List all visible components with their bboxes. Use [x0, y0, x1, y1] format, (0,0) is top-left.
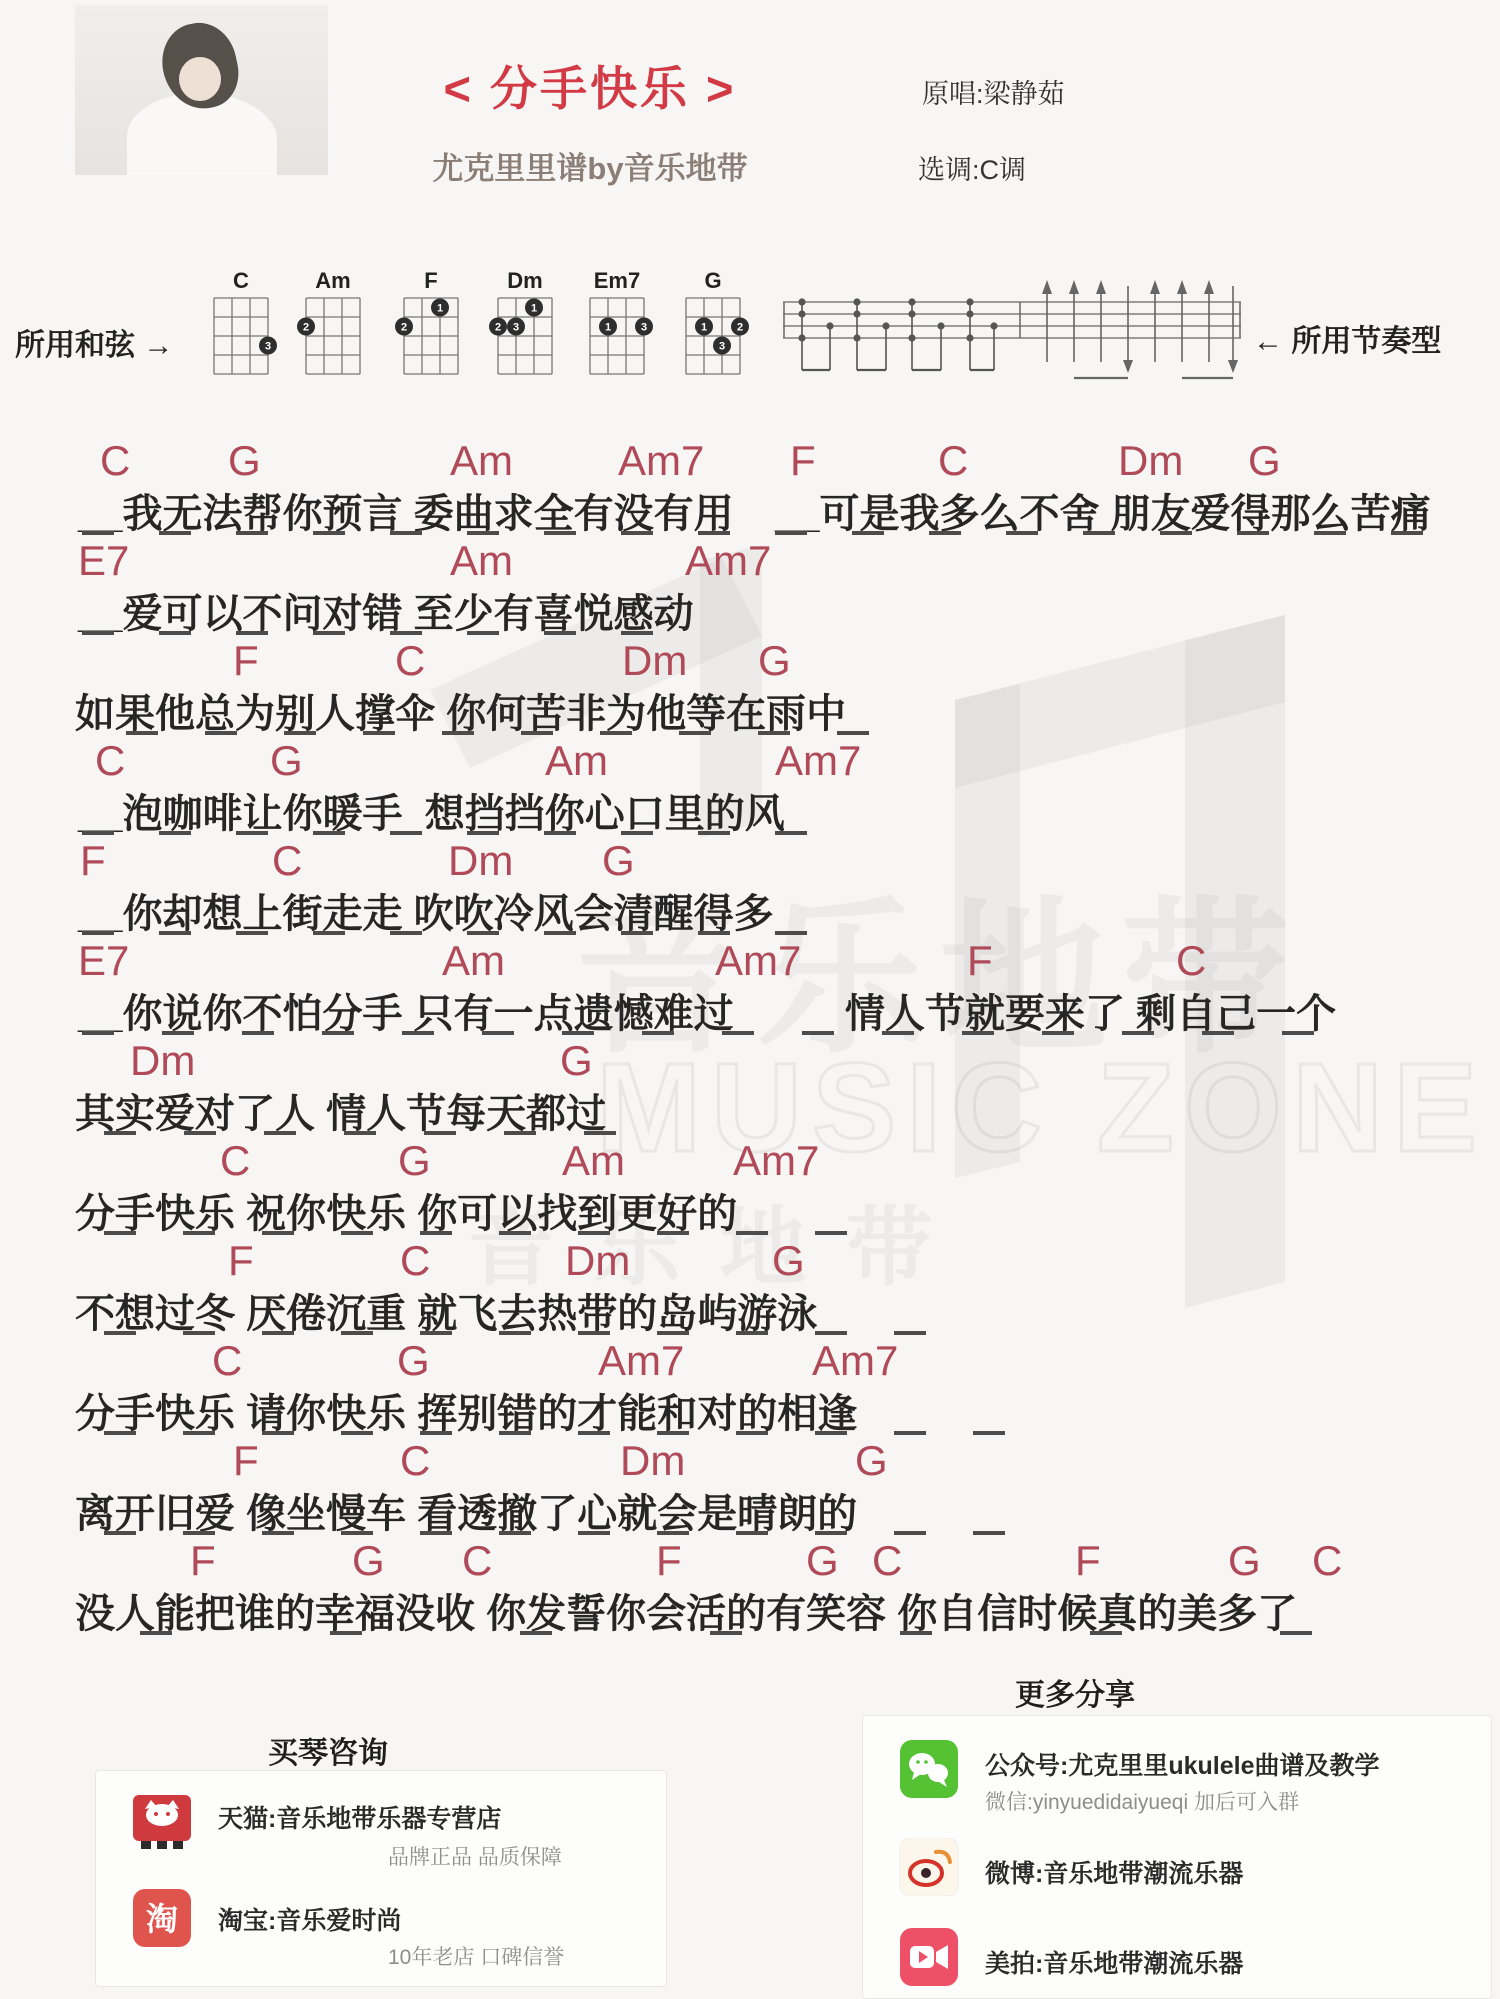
beat-underline: [1391, 531, 1423, 535]
beat-underline: [621, 631, 653, 635]
beat-underline: [736, 1231, 768, 1235]
beat-underline: [600, 731, 632, 735]
beat-underline: [815, 1431, 847, 1435]
beat-underline: [1314, 531, 1346, 535]
chord-mark-line12: G: [806, 1537, 839, 1585]
chord-sheet-page: 音乐地带 MUSIC ZONE 音乐地带 < 分手快乐 > 尤克里里谱by音乐地…: [0, 0, 1500, 1999]
svg-text:1: 1: [605, 322, 611, 334]
beat-underline: [815, 1231, 847, 1235]
beat-underline: [82, 1031, 114, 1035]
chord-mark-line8: Am7: [733, 1137, 819, 1185]
beat-underline: [802, 1031, 834, 1035]
chord-mark-line8: Am: [562, 1137, 625, 1185]
beat-underline: [344, 1131, 376, 1135]
beat-underline: [775, 831, 807, 835]
svg-text:3: 3: [265, 341, 271, 353]
footer-item-main: 淘宝:音乐爱时尚: [218, 1901, 401, 1937]
beat-underline: [363, 731, 395, 735]
beat-underline: [584, 1131, 616, 1135]
beat-underline: [775, 531, 807, 535]
chord-mark-line1: Am: [450, 437, 513, 485]
footer-item-sub: 10年老店 口碑信誉: [388, 1941, 564, 1971]
svg-text:1: 1: [437, 303, 443, 315]
lyric-line6: 情人节就要来了 剩自己一个: [845, 982, 1336, 1039]
chord-mark-line5: C: [272, 837, 302, 885]
chord-mark-line4: G: [270, 737, 303, 785]
svg-text:1: 1: [701, 322, 707, 334]
beat-underline: [544, 831, 576, 835]
beat-underline: [578, 1431, 610, 1435]
chord-mark-line8: G: [398, 1137, 431, 1185]
beat-underline: [236, 631, 268, 635]
beat-underline: [1122, 1031, 1154, 1035]
beat-underline: [82, 631, 114, 635]
beat-underline: [322, 1031, 354, 1035]
beat-underline: [482, 1031, 514, 1035]
buy-consult-box: 天猫:音乐地带乐器专营店品牌正品 品质保障淘淘宝:音乐爱时尚10年老店 口碑信誉: [95, 1770, 667, 1987]
beat-underline: [544, 931, 576, 935]
chord-mark-line9: G: [772, 1237, 805, 1285]
beat-underline: [184, 1131, 216, 1135]
beat-underline: [424, 1131, 456, 1135]
svg-text:1: 1: [531, 303, 537, 315]
svg-text:2: 2: [303, 322, 309, 334]
artist-photo: [75, 5, 328, 175]
beat-underline: [264, 1131, 296, 1135]
chord-mark-line9: F: [228, 1237, 254, 1285]
beat-underline: [962, 1031, 994, 1035]
beat-underline: [104, 1131, 136, 1135]
footer-item-main: 微博:音乐地带潮流乐器: [985, 1854, 1243, 1890]
original-singer: 原唱:梁静茹: [922, 72, 1065, 111]
beat-underline: [894, 1431, 926, 1435]
beat-underline: [159, 531, 191, 535]
taobao-icon: 淘: [131, 1889, 193, 1947]
chord-diagram-label: G: [674, 266, 752, 296]
beat-underline: [578, 1531, 610, 1535]
beat-underline: [313, 531, 345, 535]
beat-underline: [183, 1231, 215, 1235]
beat-underline: [420, 1231, 452, 1235]
chord-mark-line5: G: [602, 837, 635, 885]
more-share-box: 公众号:尤克里里ukulele曲谱及教学微信:yinyuedidaiyueqi …: [862, 1715, 1492, 1999]
beat-underline: [894, 1531, 926, 1535]
chord-mark-line11: F: [233, 1437, 259, 1485]
chord-mark-line6: C: [1176, 937, 1206, 985]
beat-underline: [284, 731, 316, 735]
chord-mark-line7: Dm: [130, 1037, 195, 1085]
chord-mark-line1: C: [100, 437, 130, 485]
beat-underline: [82, 831, 114, 835]
beat-underline: [159, 831, 191, 835]
chord-mark-line12: C: [872, 1537, 902, 1585]
beat-underline: [679, 731, 711, 735]
beat-underline: [882, 1031, 914, 1035]
beat-underline: [657, 1231, 689, 1235]
chord-mark-line4: Am7: [775, 737, 861, 785]
chord-mark-line1: G: [1248, 437, 1281, 485]
chord-mark-line6: Am7: [715, 937, 801, 985]
beat-underline: [499, 1331, 531, 1335]
more-share-title: 更多分享: [1015, 1670, 1135, 1714]
footer-item-main: 天猫:音乐地带乐器专营店: [218, 1799, 501, 1835]
beat-underline: [162, 1031, 194, 1035]
chord-mark-line11: G: [855, 1437, 888, 1485]
beat-underline: [722, 1031, 754, 1035]
beat-underline: [341, 1431, 373, 1435]
chord-diagram-Dm: Dm123: [486, 266, 564, 382]
beat-underline: [1282, 1031, 1314, 1035]
beat-underline: [736, 1431, 768, 1435]
beat-underline: [657, 1531, 689, 1535]
beat-underline: [929, 531, 961, 535]
beat-underline: [837, 731, 869, 735]
beat-underline: [1202, 1031, 1234, 1035]
chord-mark-line10: G: [397, 1337, 430, 1385]
chord-mark-line10: Am7: [812, 1337, 898, 1385]
beat-underline: [104, 1331, 136, 1335]
chord-mark-line6: F: [967, 937, 993, 985]
beat-underline: [236, 831, 268, 835]
footer-item-main: 公众号:尤克里里ukulele曲谱及教学: [985, 1746, 1379, 1782]
chord-mark-line7: G: [560, 1037, 593, 1085]
beat-underline: [775, 931, 807, 935]
chord-mark-line2: Am7: [685, 537, 771, 585]
chord-mark-line12: G: [1228, 1537, 1261, 1585]
beat-underline: [578, 1331, 610, 1335]
chord-diagram-label: Am: [294, 266, 372, 296]
chord-mark-line3: G: [758, 637, 791, 685]
beat-underline: [313, 831, 345, 835]
beat-underline: [390, 831, 422, 835]
chord-mark-line11: Dm: [620, 1437, 685, 1485]
chord-mark-line5: F: [80, 837, 106, 885]
buy-consult-title: 买琴咨询: [268, 1728, 388, 1772]
beat-underline: [562, 1031, 594, 1035]
footer-item-sub: 微信:yinyuedidaiyueqi 加后可入群: [985, 1786, 1299, 1816]
chord-mark-line12: F: [656, 1537, 682, 1585]
chord-mark-line3: C: [395, 637, 425, 685]
beat-underline: [236, 531, 268, 535]
beat-underline: [159, 631, 191, 635]
footer-item-sub: 品牌正品 品质保障: [388, 1841, 562, 1871]
chord-mark-line12: G: [352, 1537, 385, 1585]
beat-underline: [642, 1031, 674, 1035]
beat-underline: [341, 1231, 373, 1235]
beat-underline: [82, 931, 114, 935]
beat-underline: [467, 831, 499, 835]
beat-underline: [140, 1631, 172, 1635]
beat-underline: [82, 531, 114, 535]
chord-mark-line3: Dm: [622, 637, 687, 685]
beat-underline: [420, 1331, 452, 1335]
beat-underline: [1090, 1631, 1122, 1635]
chord-mark-line1: Am7: [618, 437, 704, 485]
beat-underline: [104, 1531, 136, 1535]
beat-underline: [499, 1431, 531, 1435]
beat-underline: [262, 1431, 294, 1435]
svg-text:2: 2: [495, 322, 501, 334]
photo-face-shape: [179, 57, 221, 101]
beat-underline: [242, 1031, 274, 1035]
chord-diagram-F: F12: [392, 266, 470, 382]
beat-underline: [578, 1231, 610, 1235]
chord-mark-line5: Dm: [448, 837, 513, 885]
chord-diagram-label: F: [392, 266, 470, 296]
beat-underline: [390, 631, 422, 635]
svg-text:淘: 淘: [146, 1901, 178, 1937]
beat-underline: [815, 1531, 847, 1535]
beat-underline: [544, 631, 576, 635]
beat-underline: [390, 531, 422, 535]
beat-underline: [236, 931, 268, 935]
beat-underline: [313, 931, 345, 935]
chord-diagram-Em7: Em713: [578, 266, 656, 382]
footer-item-main: 美拍:音乐地带潮流乐器: [985, 1944, 1243, 1980]
beat-underline: [736, 1531, 768, 1535]
beat-underline: [815, 1331, 847, 1335]
beat-underline: [520, 1631, 552, 1635]
beat-underline: [313, 631, 345, 635]
song-title: < 分手快乐 >: [400, 52, 780, 119]
svg-text:2: 2: [737, 322, 743, 334]
chord-mark-line4: C: [95, 737, 125, 785]
beat-underline: [467, 531, 499, 535]
beat-underline: [104, 1431, 136, 1435]
chord-mark-line6: E7: [78, 937, 129, 985]
chord-diagram-label: Em7: [578, 266, 656, 296]
chord-mark-line10: Am7: [598, 1337, 684, 1385]
chord-mark-line1: F: [790, 437, 816, 485]
wechat-icon: [898, 1740, 960, 1798]
beat-underline: [1280, 1631, 1312, 1635]
beat-underline: [698, 931, 730, 935]
beat-underline: [499, 1231, 531, 1235]
chord-mark-line12: C: [462, 1537, 492, 1585]
beat-underline: [442, 731, 474, 735]
beat-underline: [330, 1631, 362, 1635]
beat-underline: [183, 1531, 215, 1535]
chord-mark-line2: E7: [78, 537, 129, 585]
chord-mark-line12: F: [190, 1537, 216, 1585]
key-selection: 选调:C调: [918, 148, 1026, 187]
chord-mark-line1: C: [938, 437, 968, 485]
chord-mark-line3: F: [233, 637, 259, 685]
beat-underline: [420, 1431, 452, 1435]
beat-underline: [973, 1431, 1005, 1435]
svg-text:3: 3: [513, 322, 519, 334]
beat-underline: [657, 1331, 689, 1335]
beat-underline: [341, 1331, 373, 1335]
chord-mark-line9: C: [400, 1237, 430, 1285]
beat-underline: [698, 831, 730, 835]
chord-mark-line1: G: [228, 437, 261, 485]
beat-underline: [973, 1531, 1005, 1535]
beat-underline: [657, 1431, 689, 1435]
weibo-icon: [898, 1838, 960, 1896]
beat-underline: [126, 731, 158, 735]
beat-underline: [621, 831, 653, 835]
svg-text:3: 3: [719, 341, 725, 353]
beat-underline: [341, 1531, 373, 1535]
rhythm-pattern-tab: [783, 272, 1243, 384]
beat-underline: [504, 1131, 536, 1135]
chord-mark-line2: Am: [450, 537, 513, 585]
beat-underline: [621, 931, 653, 935]
chord-mark-line12: F: [1075, 1537, 1101, 1585]
beat-underline: [1237, 531, 1269, 535]
chord-mark-line9: Dm: [565, 1237, 630, 1285]
beat-underline: [698, 531, 730, 535]
beat-underline: [499, 1531, 531, 1535]
chord-mark-line8: C: [220, 1137, 250, 1185]
chord-mark-line10: C: [212, 1337, 242, 1385]
beat-underline: [544, 531, 576, 535]
beat-underline: [420, 1531, 452, 1535]
chord-mark-line1: Dm: [1118, 437, 1183, 485]
chord-diagram-C: C3: [202, 266, 280, 382]
beat-underline: [262, 1331, 294, 1335]
beat-underline: [183, 1331, 215, 1335]
chord-diagram-label: C: [202, 266, 280, 296]
chord-diagram-label: Dm: [486, 266, 564, 296]
beat-underline: [402, 1031, 434, 1035]
beat-underline: [467, 631, 499, 635]
chord-mark-line6: Am: [442, 937, 505, 985]
beat-underline: [521, 731, 553, 735]
tmall-icon: [131, 1793, 193, 1851]
beat-underline: [736, 1331, 768, 1335]
svg-text:2: 2: [401, 322, 407, 334]
beat-underline: [1042, 1031, 1074, 1035]
beat-underline: [159, 931, 191, 935]
rhythm-pattern-label: ← 所用节奏型: [1253, 316, 1441, 360]
chords-used-label: 所用和弦 →: [15, 320, 173, 364]
beat-underline: [467, 931, 499, 935]
chord-mark-line12: C: [1312, 1537, 1342, 1585]
chord-mark-line4: Am: [545, 737, 608, 785]
svg-text:3: 3: [641, 322, 647, 334]
beat-underline: [183, 1431, 215, 1435]
beat-underline: [852, 531, 884, 535]
beat-underline: [262, 1231, 294, 1235]
chord-diagram-Am: Am2: [294, 266, 372, 382]
beat-underline: [621, 531, 653, 535]
lyric-line8: 分手快乐 祝你快乐 你可以找到更好的: [75, 1182, 737, 1239]
chord-mark-line11: C: [400, 1437, 430, 1485]
beat-underline: [710, 1631, 742, 1635]
beat-underline: [262, 1531, 294, 1535]
beat-underline: [104, 1231, 136, 1235]
beat-underline: [900, 1631, 932, 1635]
beat-underline: [1160, 531, 1192, 535]
beat-underline: [1006, 531, 1038, 535]
meipai-icon: [898, 1928, 960, 1986]
sheet-subtitle: 尤克里里谱by音乐地带: [400, 143, 780, 188]
beat-underline: [205, 731, 237, 735]
beat-underline: [894, 1331, 926, 1335]
chord-diagram-G: G123: [674, 266, 752, 382]
beat-underline: [758, 731, 790, 735]
beat-underline: [390, 931, 422, 935]
beat-underline: [1083, 531, 1115, 535]
